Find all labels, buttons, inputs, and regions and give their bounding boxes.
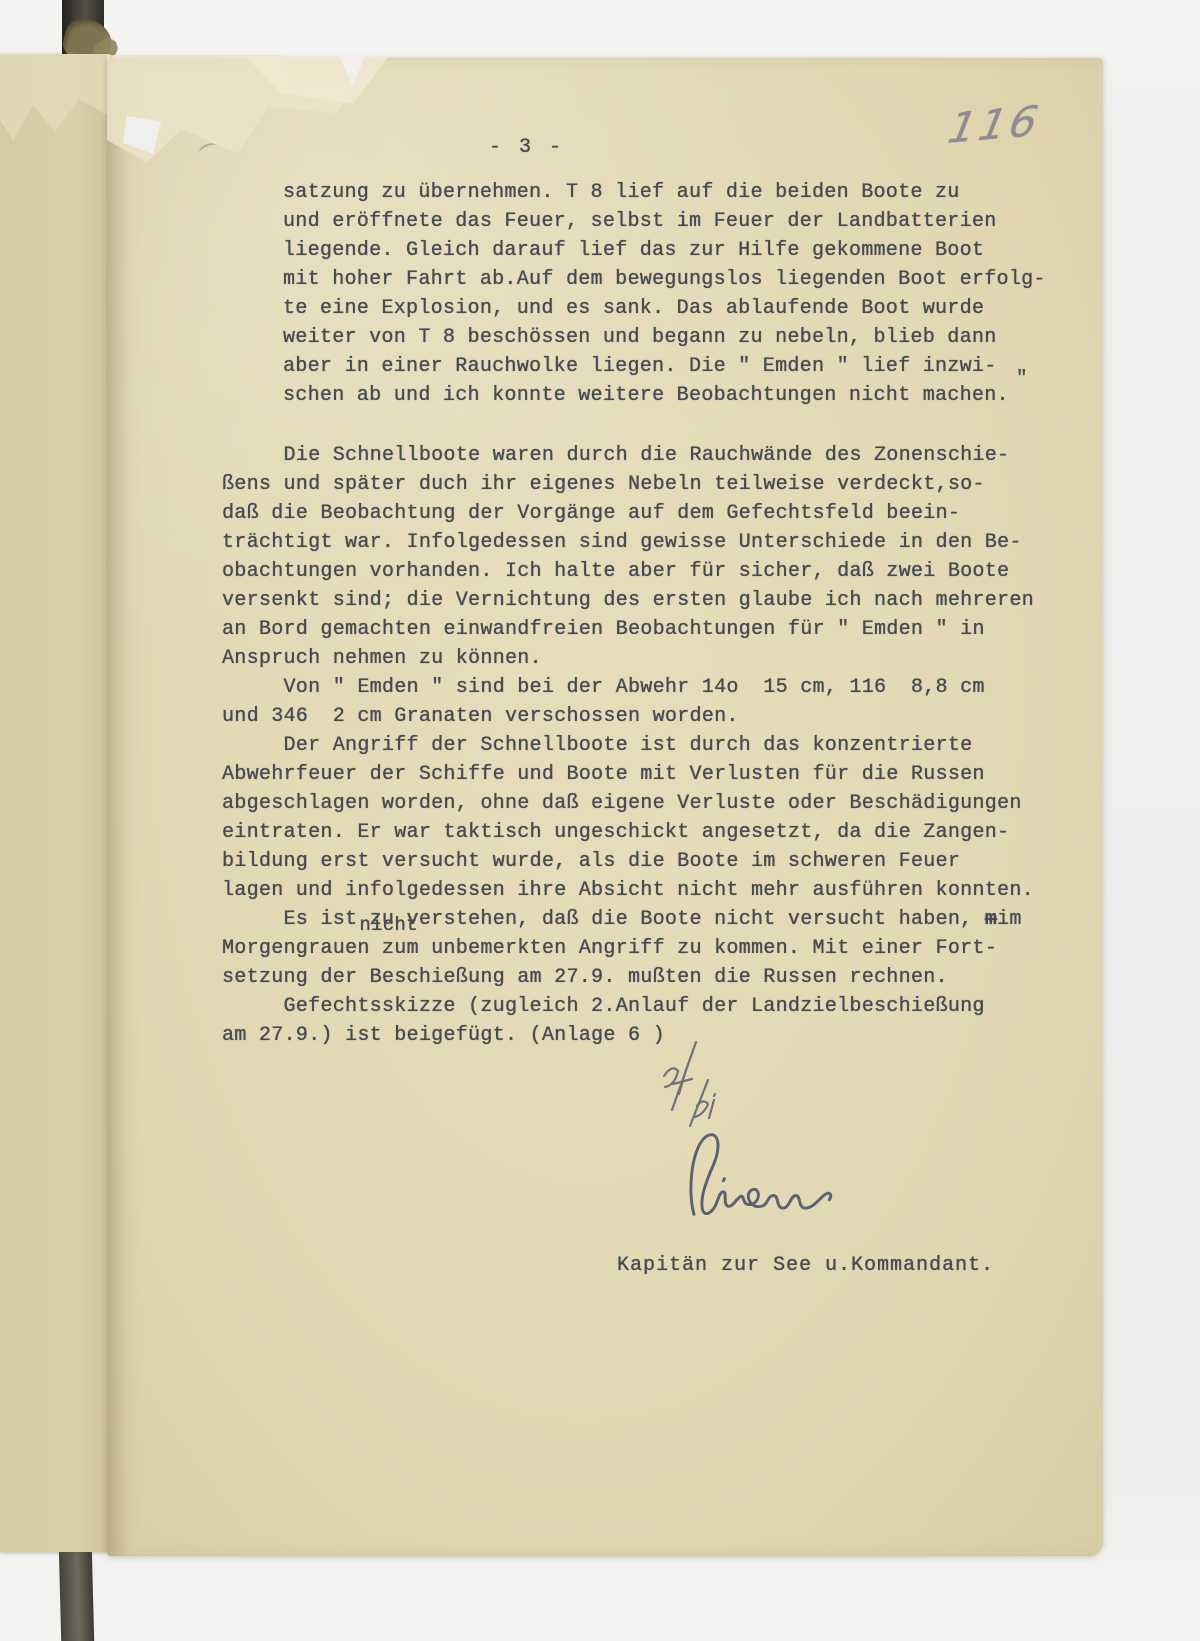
typed-line: Der Angriff der Schnellboote ist durch d… [222,731,1034,760]
torn-paper-area [0,54,110,204]
paragraph-observations: Die Schnellboote waren durch die Rauchwä… [222,441,1034,673]
typed-line-with-insertion: Es istnicht zu verstehen, daß die Boote … [222,905,1034,934]
typed-line: Die Schnellboote waren durch die Rauchwä… [222,441,1034,470]
previous-page-edge [0,54,110,1552]
typed-line: satzung zu übernehmen. T 8 lief auf die … [283,178,1046,207]
typed-line: Abwehrfeuer der Schiffe und Boote mit Ve… [222,760,1034,789]
typed-line: Morgengrauen zum unbemerkten Angriff zu … [222,934,1034,963]
typed-line: daß die Beobachtung der Vorgänge auf dem… [222,499,1034,528]
paragraph-attack-assessment: Der Angriff der Schnellboote ist durch d… [222,731,1034,905]
typed-line: und 346 2 cm Granaten verschossen worden… [222,702,1034,731]
typed-line: an Bord gemachten einwandfreien Beobacht… [222,615,1034,644]
typed-line: trächtigt war. Infolgedessen sind gewiss… [222,528,1034,557]
report-body: Die Schnellboote waren durch die Rauchwä… [222,441,1034,1050]
typed-line: liegende. Gleich darauf lief das zur Hil… [283,236,1046,265]
typed-line: eintraten. Er war taktisch ungeschickt a… [222,818,1034,847]
pencil-smudge [198,141,219,158]
paragraph-ammunition: Von " Emden " sind bei der Abwehr 14o 15… [222,673,1034,731]
document-scan: - 3 - 116 satzung zu übernehmen. T 8 lie… [0,0,1200,1641]
paragraph-sketch-attachment: Gefechtsskizze (zugleich 2.Anlauf der La… [222,992,1034,1050]
typed-line: setzung der Beschießung am 27.9. mußten … [222,963,1034,992]
typed-line: und eröffnete das Feuer, selbst im Feuer… [283,207,1046,236]
quoted-report-paragraph: satzung zu übernehmen. T 8 lief auf die … [283,178,1046,410]
page-number: - 3 - [489,136,564,159]
signature-mirow: Mirow [658,1122,858,1227]
typed-line: schen ab und ich konnte weitere Beobacht… [283,381,1046,410]
handwritten-folio-number: 116 [944,96,1045,153]
typed-line: mit hoher Fahrt ab.Auf dem bewegungslos … [283,265,1046,294]
closing-quote-mark: " [1016,367,1027,389]
typed-line: abgeschlagen worden, ohne daß eigene Ver… [222,789,1034,818]
typed-line: obachtungen vorhanden. Ich halte aber fü… [222,557,1034,586]
typed-line: Gefechtsskizze (zugleich 2.Anlauf der La… [222,992,1034,1021]
struck-out-character: m [985,908,997,931]
typed-line: te eine Explosion, und es sank. Das abla… [283,294,1046,323]
signature-title: Kapitän zur See u.Kommandant. [617,1254,994,1277]
typed-line: weiter von T 8 beschössen und begann zu … [283,323,1046,352]
typed-line: bildung erst versucht wurde, als die Boo… [222,847,1034,876]
typed-line: Von " Emden " sind bei der Abwehr 14o 15… [222,673,1034,702]
binding-post-bottom [59,1548,94,1641]
line-middle: zu verstehen, daß die Boote nicht versuc… [357,908,984,931]
typed-line: Anspruch nehmen zu können. [222,644,1034,673]
typed-line: am 27.9.) ist beigefügt. (Anlage 6 ) [222,1021,1034,1050]
line-prefix: Es ist [222,908,357,931]
paragraph-morning-attack: Morgengrauen zum unbemerkten Angriff zu … [222,934,1034,992]
typed-line: versenkt sind; die Vernichtung des erste… [222,586,1034,615]
typed-line: ßens und später duch ihr eigenes Nebeln … [222,470,1034,499]
typed-line: aber in einer Rauchwolke liegen. Die " E… [283,352,1046,381]
line-tail: im [997,908,1022,931]
typed-line: lagen und infolgedessen ihre Absicht nic… [222,876,1034,905]
